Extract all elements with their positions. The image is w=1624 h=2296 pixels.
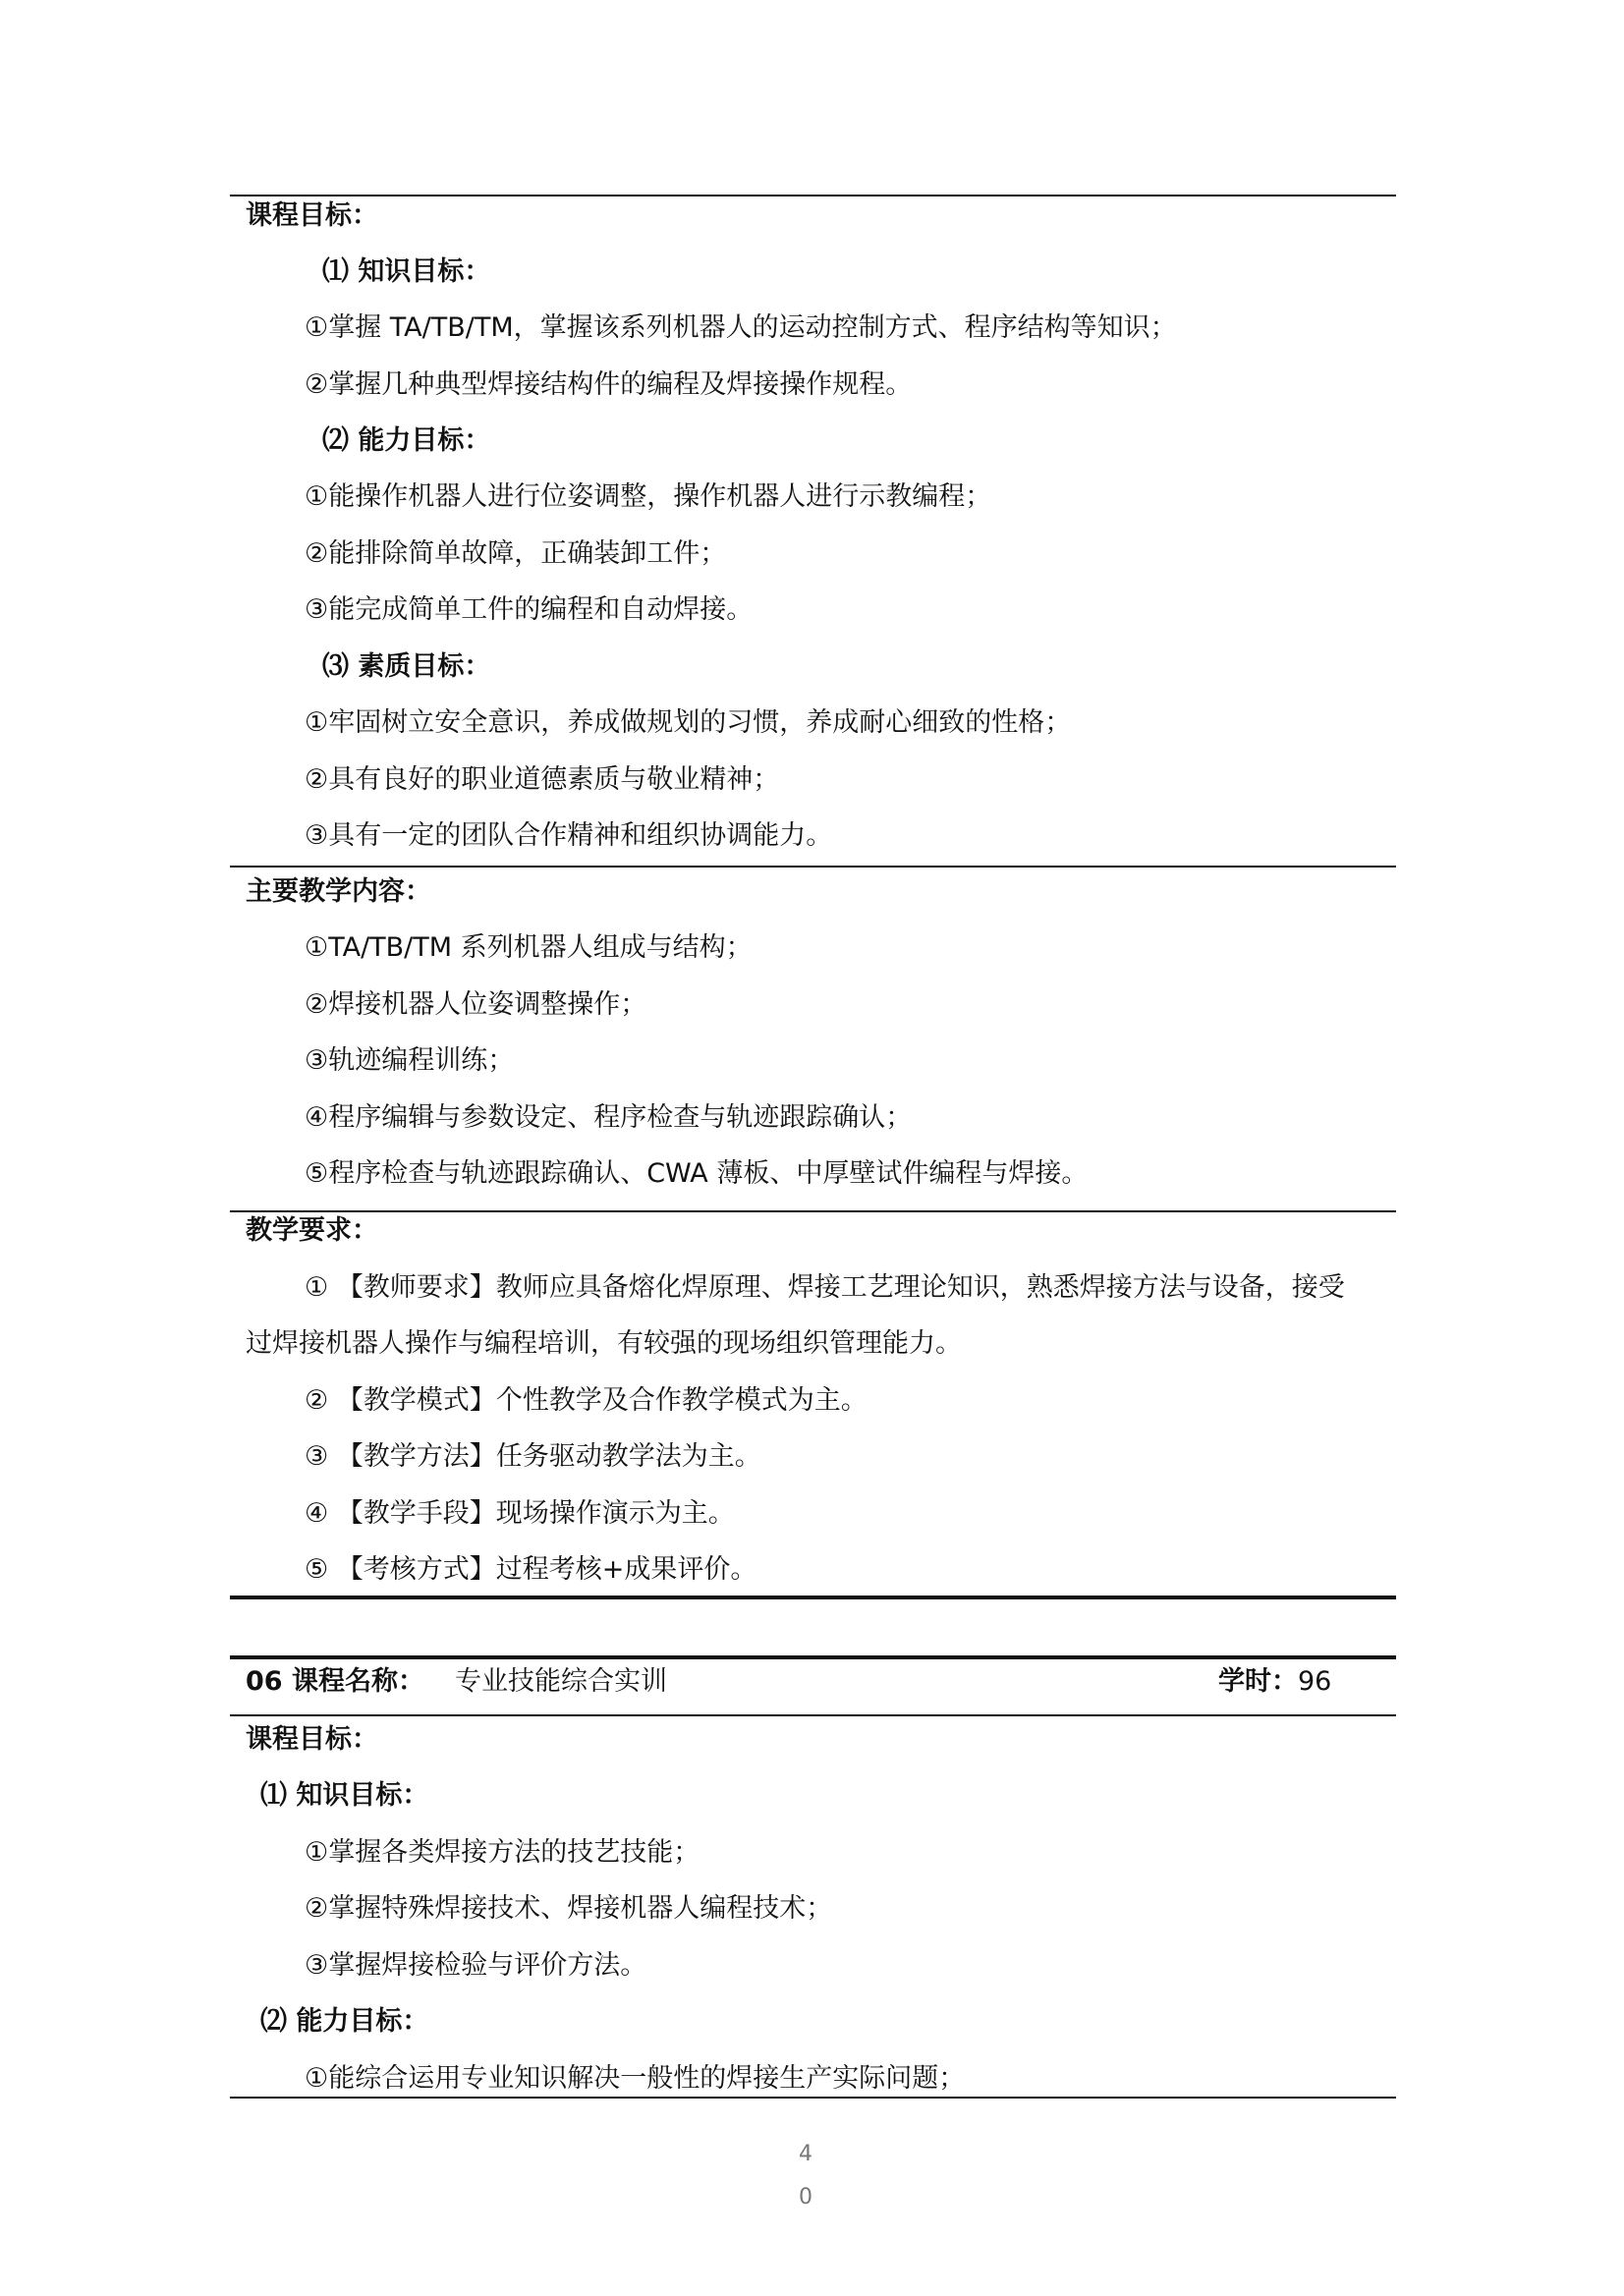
list-item: ⑤ 【考核方式】过程考核+成果评价。 xyxy=(305,1552,756,1588)
list-item: ⑤程序检查与轨迹跟踪确认、CWA 薄板、中厚壁试件编程与焊接。 xyxy=(305,1156,1088,1192)
divider xyxy=(230,1714,1396,1716)
list-item: ②掌握几种典型焊接结构件的编程及焊接操作规程。 xyxy=(305,367,912,403)
section-end-divider xyxy=(230,1596,1396,1599)
list-item: ② 【教学模式】个性教学及合作教学模式为主。 xyxy=(305,1383,868,1419)
list-item: ③具有一定的团队合作精神和组织协调能力。 xyxy=(305,818,832,854)
ability-heading: ⑵ 能力目标： xyxy=(260,2004,428,2040)
knowledge-heading: ⑴ 知识目标： xyxy=(260,1778,428,1814)
ability-heading: ⑵ 能力目标： xyxy=(322,423,490,459)
list-item: ②具有良好的职业道德素质与敬业精神； xyxy=(305,762,779,798)
course-name: 专业技能综合实训 xyxy=(455,1664,667,1700)
content-heading: 主要教学内容： xyxy=(246,874,431,910)
list-item: ①掌握各类焊接方法的技艺技能； xyxy=(305,1835,700,1871)
hours: 学时：96 xyxy=(1218,1664,1331,1700)
list-item: ①掌握 TA/TB/TM，掌握该系列机器人的运动控制方式、程序结构等知识； xyxy=(305,310,1177,346)
page-number-line2: 0 xyxy=(799,2185,812,2210)
goals-heading: 课程目标： xyxy=(246,1722,378,1758)
divider xyxy=(230,866,1396,868)
hours-label: 学时： xyxy=(1218,1666,1298,1697)
list-item: ①能综合运用专业知识解决一般性的焊接生产实际问题； xyxy=(305,2061,965,2097)
section-start-divider xyxy=(230,1655,1396,1659)
page-number-line1: 4 xyxy=(799,2142,812,2166)
divider xyxy=(230,2097,1396,2099)
list-item: ②能排除简单故障，正确装卸工件； xyxy=(305,536,726,572)
list-item: ④ 【教学手段】现场操作演示为主。 xyxy=(305,1496,735,1532)
list-item: ②掌握特殊焊接技术、焊接机器人编程技术； xyxy=(305,1891,832,1927)
list-item: ④程序编辑与参数设定、程序检查与轨迹跟踪确认； xyxy=(305,1100,912,1136)
list-item: ③能完成简单工件的编程和自动焊接。 xyxy=(305,592,753,628)
quality-heading: ⑶ 素质目标： xyxy=(322,649,490,685)
list-item: ③轨迹编程训练； xyxy=(305,1043,514,1079)
list-item: ③ 【教学方法】任务驱动教学法为主。 xyxy=(305,1439,761,1475)
list-item: ②焊接机器人位姿调整操作； xyxy=(305,987,646,1023)
hours-value: 96 xyxy=(1298,1666,1331,1697)
knowledge-heading: ⑴ 知识目标： xyxy=(322,254,490,290)
course-label: 06 课程名称： xyxy=(246,1664,424,1700)
list-item: ①牢固树立安全意识，养成做规划的习惯，养成耐心细致的性格； xyxy=(305,705,1071,741)
list-item: ①TA/TB/TM 系列机器人组成与结构； xyxy=(305,930,753,966)
divider xyxy=(230,1210,1396,1212)
list-item: ③掌握焊接检验与评价方法。 xyxy=(305,1948,646,1984)
list-item: ①能操作机器人进行位姿调整，操作机器人进行示教编程； xyxy=(305,479,991,515)
goals-heading: 课程目标： xyxy=(246,198,378,234)
requirements-heading: 教学要求： xyxy=(246,1213,378,1249)
divider xyxy=(230,195,1396,196)
list-item: ① 【教师要求】教师应具备熔化焊原理、焊接工艺理论知识，熟悉焊接方法与设备，接受 xyxy=(305,1270,1345,1306)
list-item-continuation: 过焊接机器人操作与编程培训，有较强的现场组织管理能力。 xyxy=(246,1326,962,1362)
